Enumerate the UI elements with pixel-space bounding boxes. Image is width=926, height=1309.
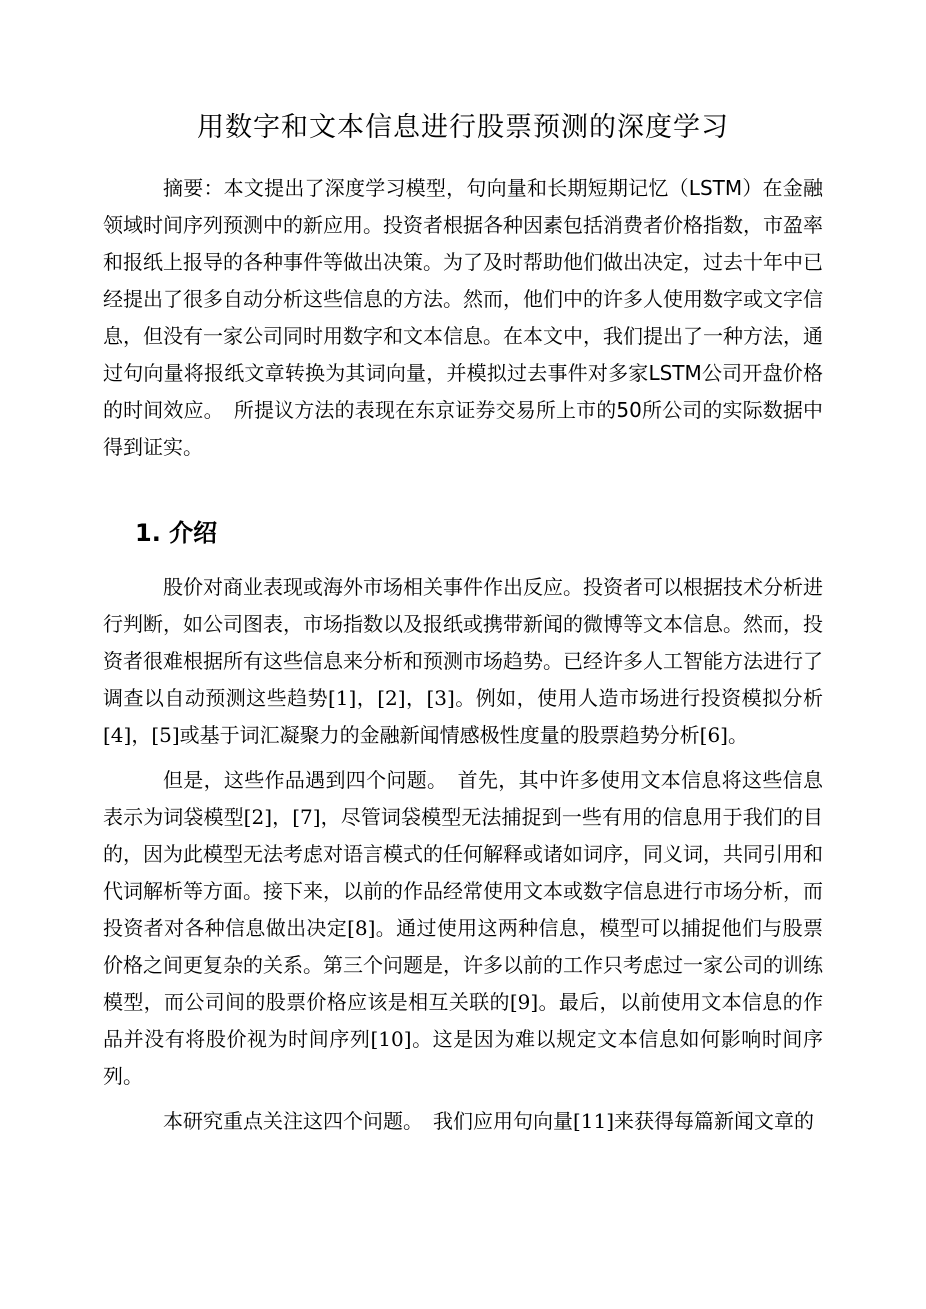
section-heading-introduction: 1. 介绍: [135, 518, 823, 549]
abstract-paragraph: 摘要：本文提出了深度学习模型，句向量和长期短期记忆（LSTM）在金融领域时间序列…: [103, 170, 823, 466]
intro-paragraph-1: 股价对商业表现或海外市场相关事件作出反应。投资者可以根据技术分析进行判断，如公司…: [103, 569, 823, 754]
paper-title: 用数字和文本信息进行股票预测的深度学习: [103, 110, 823, 146]
document-page: 用数字和文本信息进行股票预测的深度学习 摘要：本文提出了深度学习模型，句向量和长…: [0, 0, 926, 1309]
intro-paragraph-2: 但是，这些作品遇到四个问题。 首先，其中许多使用文本信息将这些信息表示为词袋模型…: [103, 762, 823, 1095]
intro-paragraph-3: 本研究重点关注这四个问题。 我们应用句向量[11]来获得每篇新闻文章的: [103, 1103, 823, 1140]
